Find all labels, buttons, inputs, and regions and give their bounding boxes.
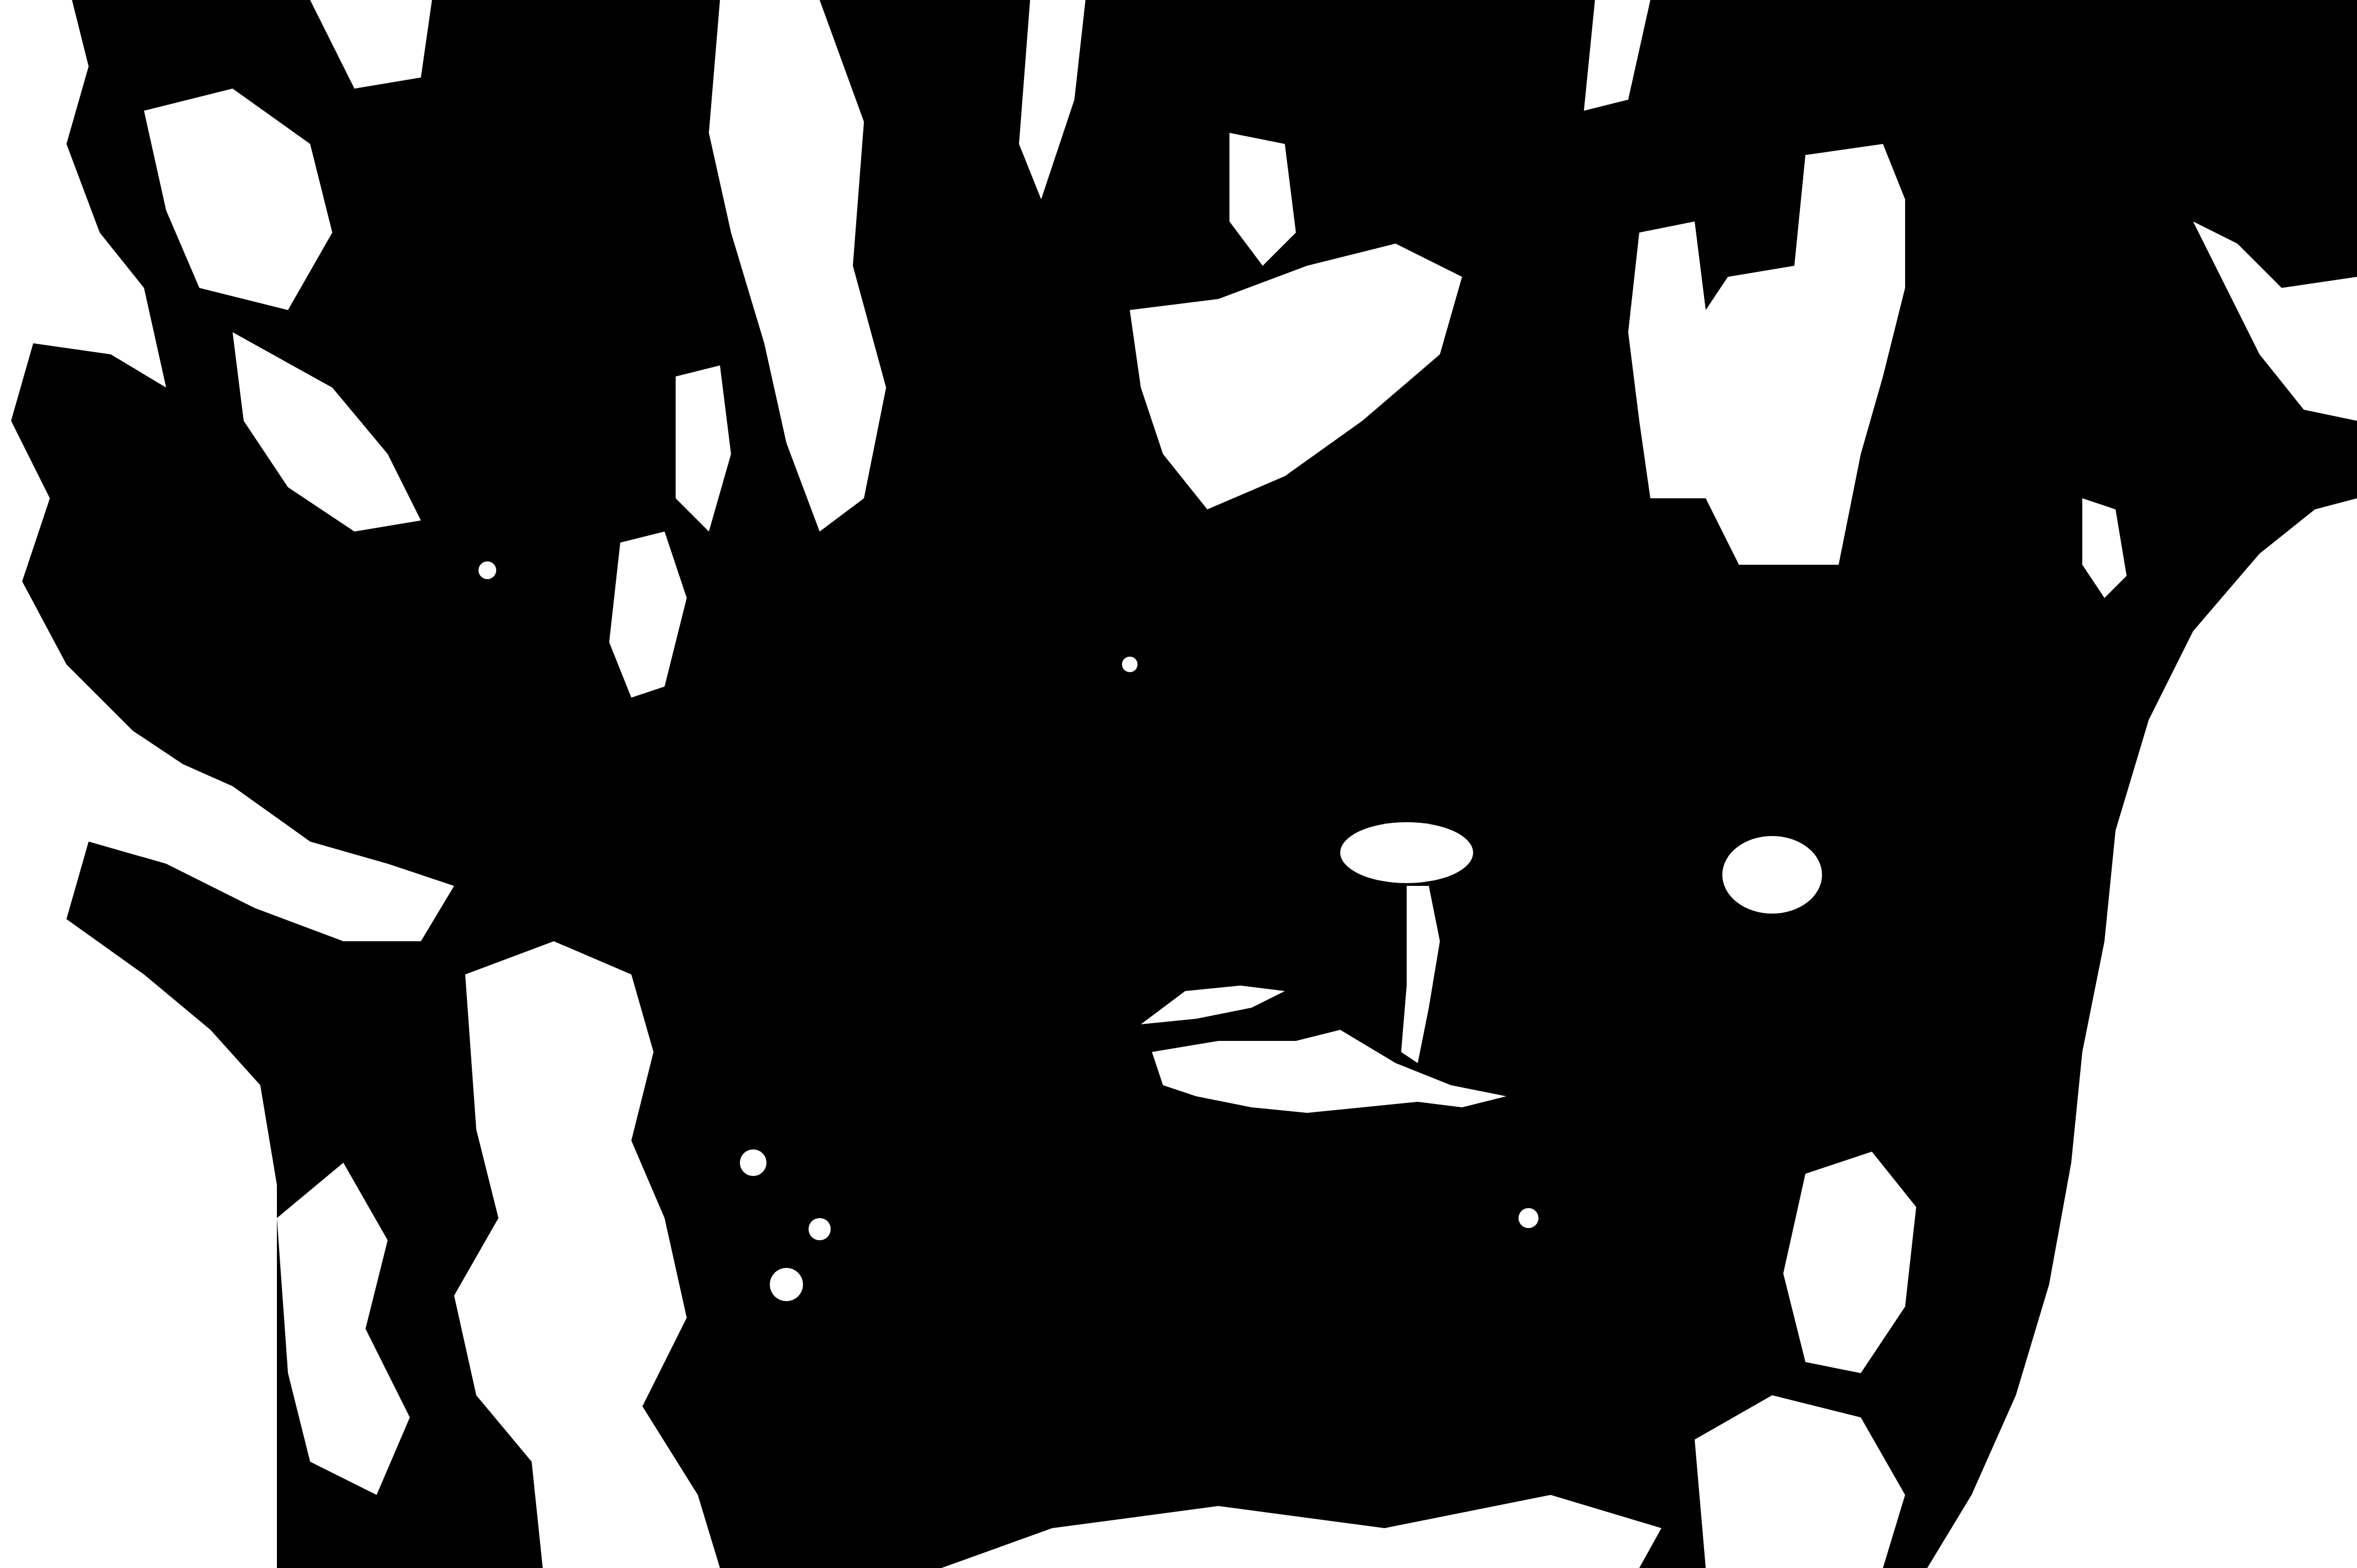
right-eye-highlight [1722, 836, 1822, 914]
photo-svg [0, 0, 2357, 1568]
speckle [478, 561, 496, 579]
speckle [1519, 1208, 1538, 1228]
speckle [770, 1268, 803, 1301]
speckle [1122, 657, 1138, 672]
left-eye-highlight [1340, 822, 1473, 883]
speckle [740, 1149, 766, 1176]
speckle [809, 1218, 831, 1240]
binarized-photo: High-contrast binarized (black and white… [0, 0, 2357, 1568]
